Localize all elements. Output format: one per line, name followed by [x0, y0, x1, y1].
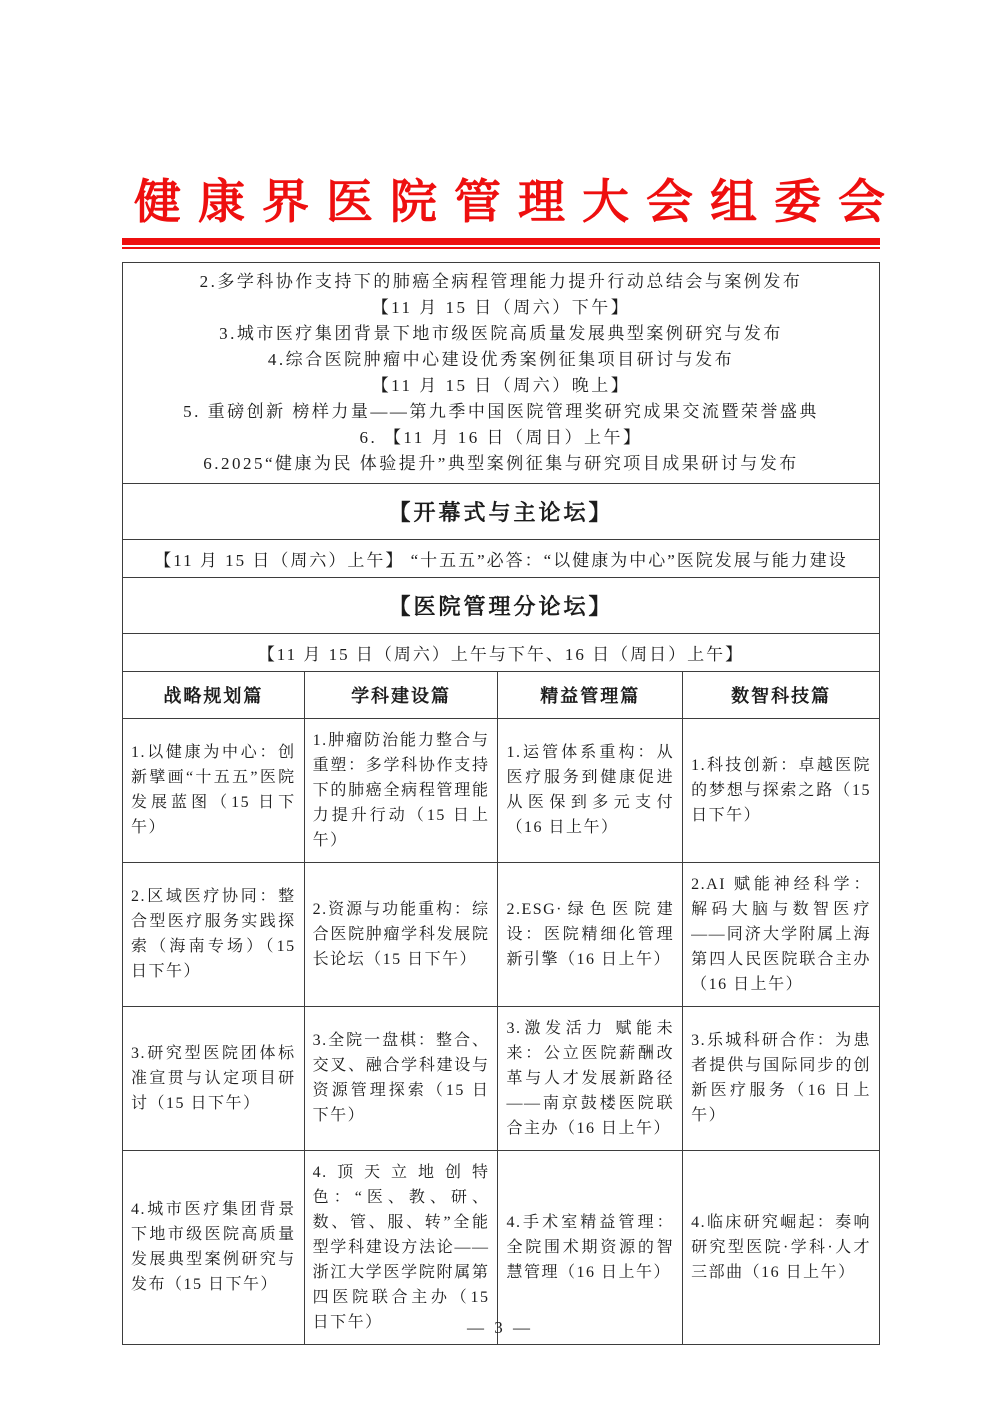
agenda-line: 4.综合医院肿瘤中心建设优秀案例征集项目研讨与发布 [127, 347, 875, 373]
forum-cell: 4.临床研究崛起：奏响研究型医院·学科·人才三部曲（16 日上午） [683, 1150, 880, 1344]
agenda-line: 【11 月 15 日（周六）下午】 [127, 295, 875, 321]
forum-cell: 3.乐城科研合作：为患者提供与国际同步的创新医疗服务（16 日上午） [683, 1006, 880, 1150]
opening-schedule-row: 【11 月 15 日（周六）上午】 “十五五”必答：“以健康为中心”医院发展与能… [123, 539, 880, 577]
column-header-digital: 数智科技篇 [683, 671, 880, 718]
forum-cell: 1.肿瘤防治能力整合与重塑：多学科协作支持下的肺癌全病程管理能力提升行动（15 … [304, 718, 498, 862]
column-header-strategy: 战略规划篇 [123, 671, 305, 718]
forum-cell: 1.科技创新：卓越医院的梦想与探索之路（15 日下午） [683, 718, 880, 862]
agenda-block: 2.多学科协作支持下的肺癌全病程管理能力提升行动总结会与案例发布 【11 月 1… [123, 262, 880, 483]
forum-cell: 2.ESG·绿色医院建设：医院精细化管理新引擎（16 日上午） [498, 862, 683, 1006]
forum-cell: 2.资源与功能重构：综合医院肿瘤学科发展院长论坛（15 日下午） [304, 862, 498, 1006]
forum-cell: 3.激发活力 赋能未来：公立医院薪酬改革与人才发展新路径——南京鼓楼医院联合主办… [498, 1006, 683, 1150]
forum-cell: 4.手术室精益管理：全院围术期资源的智慧管理（16 日上午） [498, 1150, 683, 1344]
forum-cell: 4.城市医疗集团背景下地市级医院高质量发展典型案例研究与发布（15 日下午） [123, 1150, 305, 1344]
program-table: 2.多学科协作支持下的肺癌全病程管理能力提升行动总结会与案例发布 【11 月 1… [122, 262, 880, 1345]
agenda-line: 2.多学科协作支持下的肺癌全病程管理能力提升行动总结会与案例发布 [127, 269, 875, 295]
header-divider [122, 238, 880, 249]
forum-cell: 2.AI 赋能神经科学：解码大脑与数智医疗——同济大学附属上海第四人民医院联合主… [683, 862, 880, 1006]
opening-title-row: 【开幕式与主论坛】 [123, 483, 880, 539]
forum-cell: 3.研究型医院团体标准宣贯与认定项目研讨（15 日下午） [123, 1006, 305, 1150]
column-header-lean: 精益管理篇 [498, 671, 683, 718]
agenda-line: 6.2025“健康为民 体验提升”典型案例征集与研究项目成果研讨与发布 [127, 451, 875, 477]
table-row: 1.以健康为中心：创新擘画“十五五”医院发展蓝图（15 日下午） 1.肿瘤防治能… [123, 718, 880, 862]
column-header-row: 战略规划篇 学科建设篇 精益管理篇 数智科技篇 [123, 671, 880, 718]
divider-thin-line [122, 247, 880, 249]
divider-thick-line [122, 238, 880, 245]
section-opening-title: 【开幕式与主论坛】 [123, 483, 880, 539]
agenda-line: 5. 重磅创新 榜样力量——第九季中国医院管理奖研究成果交流暨荣誉盛典 [127, 399, 875, 425]
forum-cell: 3.全院一盘棋：整合、交叉、融合学科建设与资源管理探索（15 日下午） [304, 1006, 498, 1150]
section-forum-title: 【医院管理分论坛】 [123, 577, 880, 633]
forum-cell: 4.顶天立地创特色：“医、教、研、数、管、服、转”全能型学科建设方法论——浙江大… [304, 1150, 498, 1344]
table-row: 2.区域医疗协同：整合型医疗服务实践探索（海南专场）（15 日下午） 2.资源与… [123, 862, 880, 1006]
forum-cell: 1.运管体系重构：从医疗服务到健康促进 从医保到多元支付（16 日上午） [498, 718, 683, 862]
page-title: 健康界医院管理大会组委会 [122, 178, 880, 230]
document-page: 健康界医院管理大会组委会 2.多学科协作支持下的肺癌全病程管理能力提升行动总结会… [0, 0, 1000, 1414]
forum-title-row: 【医院管理分论坛】 [123, 577, 880, 633]
agenda-line: 6. 【11 月 16 日（周日）上午】 [127, 425, 875, 451]
table-row: 3.研究型医院团体标准宣贯与认定项目研讨（15 日下午） 3.全院一盘棋：整合、… [123, 1006, 880, 1150]
table-row: 4.城市医疗集团背景下地市级医院高质量发展典型案例研究与发布（15 日下午） 4… [123, 1150, 880, 1344]
page-number: — 3 — [0, 1318, 1000, 1338]
forum-schedule-row: 【11 月 15 日（周六）上午与下午、16 日（周日）上午】 [123, 633, 880, 671]
opening-schedule: 【11 月 15 日（周六）上午】 “十五五”必答：“以健康为中心”医院发展与能… [123, 539, 880, 577]
agenda-line: 3.城市医疗集团背景下地市级医院高质量发展典型案例研究与发布 [127, 321, 875, 347]
column-header-discipline: 学科建设篇 [304, 671, 498, 718]
agenda-line: 【11 月 15 日（周六）晚上】 [127, 373, 875, 399]
document-content: 健康界医院管理大会组委会 2.多学科协作支持下的肺癌全病程管理能力提升行动总结会… [122, 178, 880, 1345]
forum-cell: 2.区域医疗协同：整合型医疗服务实践探索（海南专场）（15 日下午） [123, 862, 305, 1006]
agenda-row: 2.多学科协作支持下的肺癌全病程管理能力提升行动总结会与案例发布 【11 月 1… [123, 262, 880, 483]
forum-cell: 1.以健康为中心：创新擘画“十五五”医院发展蓝图（15 日下午） [123, 718, 305, 862]
forum-schedule: 【11 月 15 日（周六）上午与下午、16 日（周日）上午】 [123, 633, 880, 671]
